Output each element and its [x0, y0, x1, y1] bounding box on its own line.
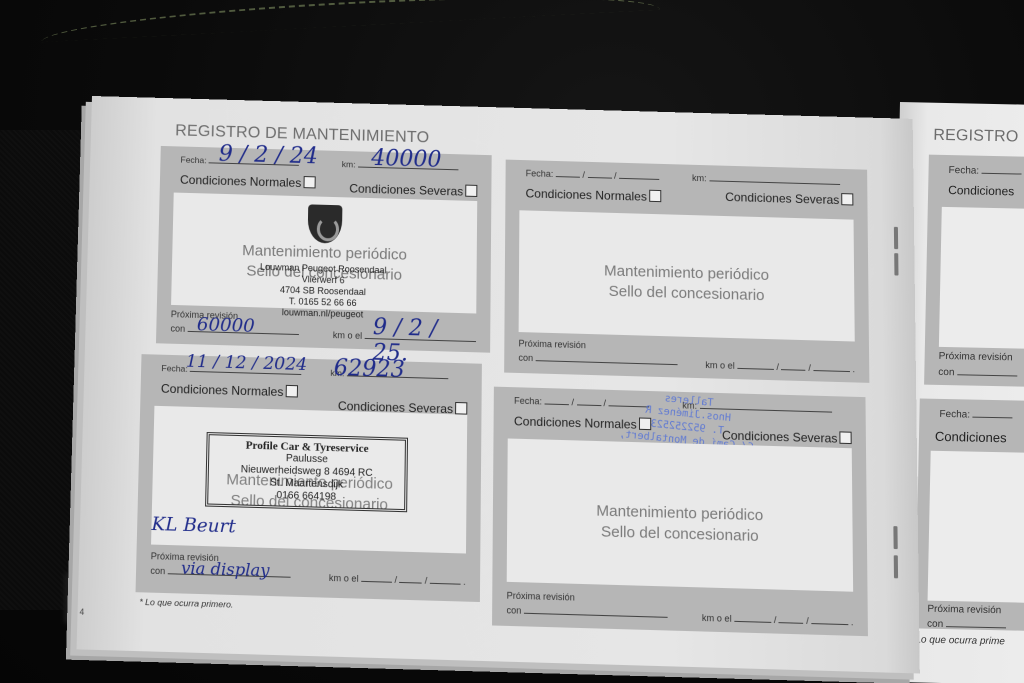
condiciones-normales-label: Condiciones Normales — [526, 186, 647, 203]
proxima-label: Próxima revisión — [518, 338, 585, 350]
left-page: REGISTRO DE MANTENIMIENTO Fecha: km: 9 /… — [77, 96, 920, 674]
handwritten-date: 11 / 12 / 2024 — [186, 351, 308, 375]
con-label: con — [170, 323, 185, 334]
footnote: * Lo que ocurra prime — [909, 634, 1005, 647]
stamp-area: Mantenimiento periódico Sello del conces… — [507, 438, 853, 591]
km-o-el-label: km o el — [329, 573, 359, 584]
proxima-label: Próxima revisión — [927, 604, 1001, 617]
binding-staple — [894, 253, 898, 275]
fecha-label: Fecha: — [180, 155, 206, 166]
binding-staple — [894, 227, 898, 249]
right-page-title: REGISTRO — [933, 127, 1019, 147]
maintenance-entry-1: Fecha: km: 9 / 2 / 24 40000 Condiciones … — [156, 146, 492, 353]
fecha-label: Fecha: — [948, 165, 979, 177]
peugeot-lion-logo-icon — [308, 204, 343, 243]
handwritten-date: 9 / 2 / 24 — [219, 142, 319, 170]
km-label: km: — [342, 159, 356, 169]
condiciones-severas-label: Condiciones Severas — [725, 190, 839, 207]
binding-staple — [894, 555, 898, 578]
con-label: con — [150, 565, 165, 576]
con-label: con — [506, 605, 521, 616]
stamp-area — [939, 207, 1024, 349]
handwritten-km: 62923 — [334, 355, 405, 383]
stamp-area: Mantenimiento periódico Sello del conces… — [171, 193, 477, 314]
seat-stitching — [40, 0, 660, 42]
normales-checkbox[interactable] — [285, 385, 297, 398]
km-o-el-label: km o el — [705, 360, 734, 371]
right-maintenance-box-1: Fecha: Condiciones Próxima revisión con — [924, 155, 1024, 388]
right-maintenance-box-2: Fecha: Condiciones Próxima revisión con — [915, 398, 1024, 631]
maintenance-entry-4: Fecha: / / km: Condiciones Normales Cond… — [492, 387, 868, 637]
stamp-area: Mantenimiento periódico Sello del conces… — [151, 406, 467, 554]
condiciones-normales-label: Condiciones Normales — [180, 173, 302, 190]
handwritten-next-km: 60000 — [197, 314, 255, 337]
maintenance-entry-3: Fecha: km: 11 / 12 / 2024 62923 Condicio… — [136, 354, 482, 602]
binding-staple — [893, 526, 897, 549]
handwritten-note: KL Beurt — [151, 513, 236, 537]
stamp-area: Mantenimiento periódico Sello del conces… — [519, 210, 855, 341]
page-number: 4 — [79, 607, 84, 617]
con-label: con — [938, 367, 954, 378]
km-o-el-label: km o el — [333, 330, 363, 341]
maintenance-entry-2: Fecha: / / km: Condiciones Normales Cond… — [504, 160, 869, 383]
severas-checkbox[interactable] — [465, 185, 477, 197]
proxima-label: Próxima revisión — [939, 351, 1013, 364]
km-label: km: — [692, 173, 707, 183]
fecha-label: Fecha: — [526, 168, 554, 179]
fecha-label: Fecha: — [514, 395, 542, 406]
km-o-el-label: km o el — [702, 613, 732, 624]
con-label: con — [518, 352, 533, 363]
condiciones-label: Condiciones — [935, 429, 1007, 445]
proxima-label: Próxima revisión — [507, 590, 575, 602]
handwritten-km: 40000 — [371, 146, 442, 173]
fecha-label: Fecha: — [161, 363, 188, 374]
handwritten-next-km: via display — [181, 558, 270, 580]
severas-checkbox[interactable] — [839, 431, 851, 444]
fecha-label: Fecha: — [939, 409, 970, 421]
footnote: * Lo que ocurra primero. — [139, 596, 233, 609]
normales-checkbox[interactable] — [649, 190, 661, 202]
normales-checkbox[interactable] — [303, 176, 315, 188]
workshop-stamp: Profile Car & Tyreservice Paulusse Nieuw… — [205, 432, 408, 512]
condiciones-label: Condiciones — [948, 183, 1014, 198]
severas-checkbox[interactable] — [455, 402, 467, 415]
severas-checkbox[interactable] — [841, 193, 853, 205]
condiciones-normales-label: Condiciones Normales — [161, 381, 284, 399]
stamp-area — [928, 451, 1024, 603]
con-label: con — [927, 619, 943, 630]
condiciones-severas-label: Condiciones Severas — [349, 181, 463, 198]
